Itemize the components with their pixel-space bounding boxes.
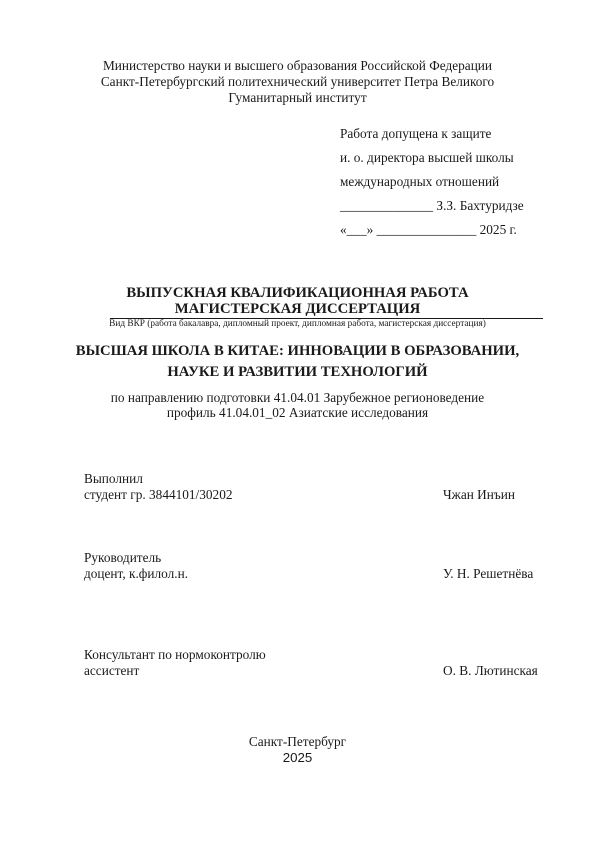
signature-normcontrol: Консультант по нормоконтролю ассистент О… <box>84 647 544 679</box>
university-line: Санкт-Петербургский политехнический унив… <box>0 74 595 90</box>
approval-block: Работа допущена к защите и. о. директора… <box>340 122 524 242</box>
approval-line-2: и. о. директора высшей школы <box>340 146 524 170</box>
footer-year: 2025 <box>0 750 595 766</box>
signature-role: Руководитель <box>84 550 161 566</box>
signature-name: Чжан Инъин <box>443 487 515 503</box>
approval-date-line: «___» _______________ 2025 г. <box>340 218 524 242</box>
footer-city: Санкт-Петербург <box>0 734 595 750</box>
work-type-caption: Вид ВКР (работа бакалавра, дипломный про… <box>0 319 595 330</box>
signature-position: доцент, к.филол.н. <box>84 566 188 582</box>
ministry-line: Министерство науки и высшего образования… <box>0 58 595 74</box>
approval-line-3: международных отношений <box>340 170 524 194</box>
signature-position: студент гр. 3844101/30202 <box>84 487 233 503</box>
signature-name: У. Н. Решетнёва <box>443 566 533 582</box>
signature-role: Консультант по нормоконтролю <box>84 647 266 663</box>
work-type-line-2: МАГИСТЕРСКАЯ ДИССЕРТАЦИЯ <box>0 301 595 317</box>
work-type-line-1: ВЫПУСКНАЯ КВАЛИФИКАЦИОННАЯ РАБОТА <box>0 285 595 301</box>
signature-role: Выполнил <box>84 471 143 487</box>
profile-line: профиль 41.04.01_02 Азиатские исследован… <box>0 405 595 421</box>
approval-signature-line: ______________ З.З. Бахтуридзе <box>340 194 524 218</box>
direction-line: по направлению подготовки 41.04.01 Заруб… <box>0 390 595 406</box>
signature-position: ассистент <box>84 663 139 679</box>
signature-student: Выполнил студент гр. 3844101/30202 Чжан … <box>84 471 544 503</box>
signature-supervisor: Руководитель доцент, к.филол.н. У. Н. Ре… <box>84 550 544 582</box>
signature-name: О. В. Лютинская <box>443 663 538 679</box>
approval-line-1: Работа допущена к защите <box>340 122 524 146</box>
institute-line: Гуманитарный институт <box>0 90 595 106</box>
thesis-title-line-2: НАУКЕ И РАЗВИТИИ ТЕХНОЛОГИЙ <box>0 361 595 383</box>
thesis-title-line-1: ВЫСШАЯ ШКОЛА В КИТАЕ: ИННОВАЦИИ В ОБРАЗО… <box>0 340 595 362</box>
